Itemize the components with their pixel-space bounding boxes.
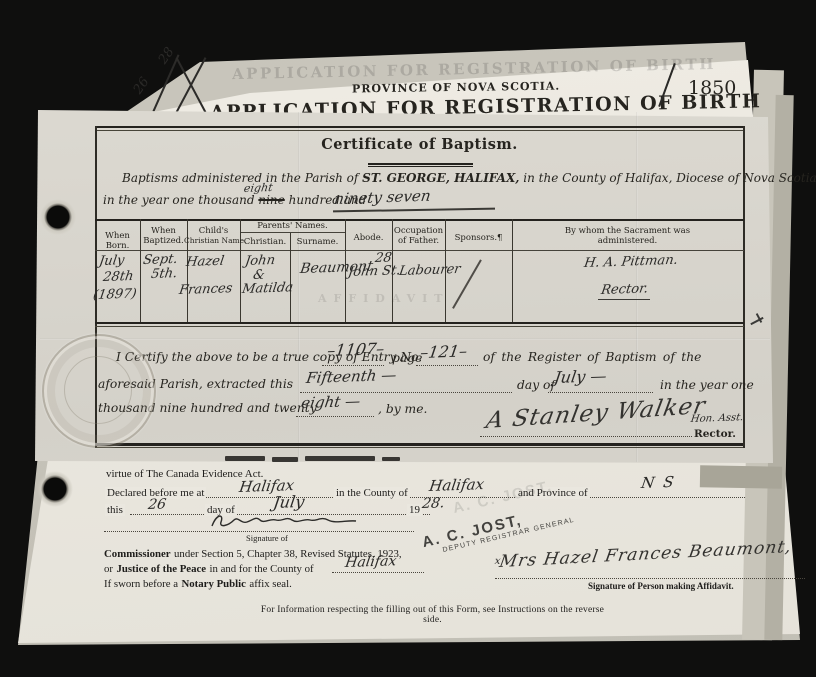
frame-note-26: 26 [131,75,153,97]
notary-bold: Notary Public [181,578,245,590]
header-sponsors: Sponsors.¶ [445,233,512,243]
notary-pre: If sworn before a [104,578,178,590]
declared-county: Halifax [428,475,485,495]
header-occupation-2: of Father. [392,236,445,246]
certify-line2-post: in the year one [660,378,754,392]
baptisms-line: Baptisms administered in the Parish of S… [122,171,816,185]
crease [40,338,770,340]
affidavit-label: Signature of Person making Affidavit. [588,581,734,591]
entry-by-whom-2: Rector. [600,281,649,298]
box-rule [95,447,744,448]
header-christian: Christian. [240,237,290,247]
signature-title-2: Rector. [694,428,736,440]
extraction-day: Fifteenth — [305,366,398,387]
parish-name: ST. GEORGE, HALIFAX, [362,171,519,185]
entry-childs-name-2: Frances [178,281,233,298]
table-rule [95,219,744,221]
entry-parent-2: Matilda [241,280,294,297]
extraction-month: July — [553,366,608,387]
entry-occupation: Labourer [398,262,461,279]
header-when-baptized: When [140,226,187,236]
rector-underline [598,299,650,300]
page-no: –121– [419,341,468,362]
title-underline [368,166,473,167]
entry-childs-name-1: Hazel [185,254,225,270]
box-rule [95,443,744,446]
table-rule [95,322,744,324]
jp-county-dots [332,572,424,573]
header-childs-name: Child's [187,226,240,236]
cutoff-text-fragment [305,456,375,461]
certify-by-me: , by me. [378,402,427,416]
header-parents-names: Parents' Names. [240,221,345,231]
struck-word: nine [258,193,284,207]
signature-line [480,436,692,437]
cutoff-text-fragment [382,457,400,461]
certify-line1-post: of the Register of Baptism of the [483,350,701,364]
header-abode: Abode. [345,233,392,243]
entry-when-baptized-2: 5th. [150,266,178,282]
jp-county: Halifax [344,553,397,571]
baptisms-line-post: in the County of Halifax, Diocese of Nov… [523,171,816,185]
signature-title-1: Hon. Asst. [690,412,744,425]
declared-province: N S [640,473,677,492]
cutoff-text-fragment [272,457,298,462]
commissioner-signature [208,511,358,531]
hole-punch-top [39,198,77,236]
certificate-title: Certificate of Baptism. [95,136,744,153]
baptisms-line-pre: Baptisms administered in the Parish of [122,171,358,185]
column-rule [240,219,241,322]
table-rule [95,250,744,251]
entry-parent-1: John [244,253,276,269]
table-rule [95,326,744,327]
jp-pre: or [104,563,113,575]
commissioner-bold: Commissioner [104,548,171,560]
table-rule [240,232,345,233]
affidavit-bleedthrough: AFFIDAVIT [318,292,449,305]
year-line-pre: in the year one thousand [103,193,255,207]
box-rule [95,126,744,128]
leader-dots [416,365,478,366]
entry-when-born-3: (1897) [92,287,138,303]
signature-of-label: Signature of [246,533,288,543]
certify-day-of: day of [517,378,555,392]
notary-post: affix seal. [249,578,291,590]
cutoff-text-fragment [225,456,265,461]
leader-dots [548,392,653,393]
extraction-year: eight — [300,392,362,412]
declared-month: July [272,492,306,512]
county-label: in the County of [334,487,410,499]
declared-year: 28. [421,495,446,512]
year-line: in the year one thousand nine hundred an… [103,193,366,207]
title-underline [368,163,473,165]
leader-dots [296,416,374,417]
this-label: this [105,504,125,516]
certify-page-label: page [392,351,422,365]
header-occupation: Occupation [392,226,445,236]
footer-instructions: For Information respecting the filling o… [260,605,605,625]
affidavit-signature-line [495,578,805,579]
microfilm-scan: 26 28 APPLICATION FOR REGISTRATION OF BI… [0,0,816,677]
jp-bold: Justice of the Peace [116,563,206,575]
box-rule [95,130,744,131]
written-year: ninety seven [333,187,432,208]
entry-when-born-1: July [98,253,125,269]
header-surname: Surname. [290,237,345,247]
sheet-edge-patch [700,465,782,488]
header-by-whom-2: administered. [512,236,743,246]
inserted-correction: eight [243,181,274,195]
jp-mid: in and for the County of [210,563,314,575]
header-when-born: When Born. [95,231,140,251]
notary-line: If sworn before a Notary Public affix se… [104,577,292,590]
header-childs-name-2: Christian Name. [184,236,243,245]
header-by-whom: By whom the Sacrament was [512,226,743,236]
page-number: 1850 [688,77,736,99]
year-prefix: 19 [407,504,422,516]
commissioner-signature-line [104,531,414,532]
entry-number: –1107– [326,339,386,360]
declared-day: 26 [147,496,167,513]
justice-line: or Justice of the Peace in and for the C… [104,562,314,575]
entry-abode-2: John St. [347,263,402,280]
embossed-seal-inner [64,356,132,424]
entry-when-born-2: 28th [102,269,134,285]
header-when-baptized-2: Baptized. [140,236,187,246]
hole-punch-bottom [36,470,74,508]
